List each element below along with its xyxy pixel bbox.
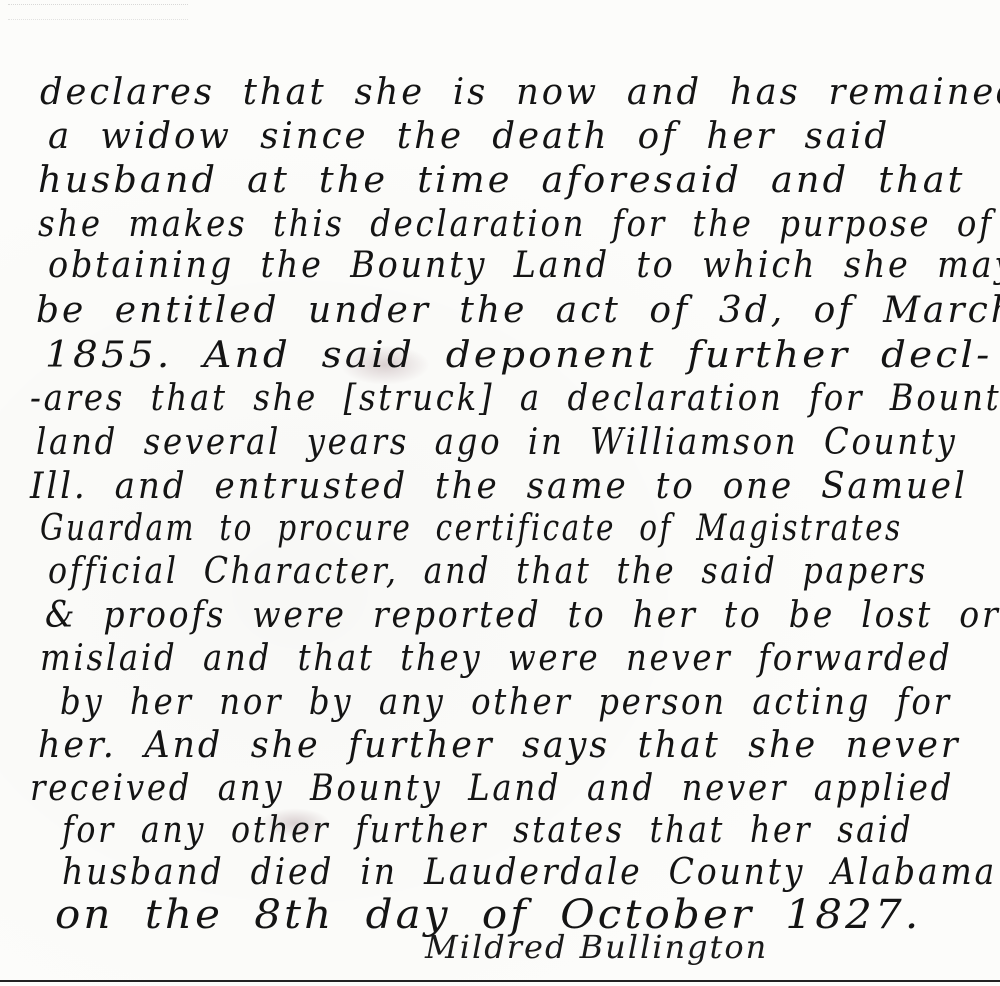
text-line-8: -ares that she [struck] a declaration fo… xyxy=(30,378,1000,419)
text-line-12: official Character, and that the said pa… xyxy=(48,551,928,592)
text-line-13: & proofs were reported to her to be lost… xyxy=(45,595,1000,636)
document-page: declares that she is now and has remaine… xyxy=(0,0,1000,986)
signature: Mildred Bullington xyxy=(425,928,768,966)
text-line-11: Guardam to procure certificate of Magist… xyxy=(40,508,903,549)
text-line-1: declares that she is now and has remaine… xyxy=(40,72,1000,113)
text-line-4: she makes this declaration for the purpo… xyxy=(38,204,994,245)
text-line-5: obtaining the Bounty Land to which she m… xyxy=(48,245,1000,286)
scan-artifact xyxy=(8,4,188,20)
text-line-3: husband at the time aforesaid and that xyxy=(38,160,965,201)
text-line-18: for any other further states that her sa… xyxy=(62,810,913,851)
text-line-14: mislaid and that they were never forward… xyxy=(40,638,953,679)
text-line-15: by her nor by any other person acting fo… xyxy=(60,682,952,723)
text-line-10: Ill. and entrusted the same to one Samue… xyxy=(30,466,968,507)
text-line-2: a widow since the death of her said xyxy=(48,116,890,157)
text-line-6: be entitled under the act of 3d, of Marc… xyxy=(36,290,1000,331)
text-line-7: 1855. And said deponent further decl- xyxy=(45,335,992,376)
bottom-rule xyxy=(0,980,1000,982)
text-line-19: husband died in Lauderdale County Alabam… xyxy=(62,852,997,893)
text-line-16: her. And she further says that she never xyxy=(38,725,960,766)
text-line-17: received any Bounty Land and never appli… xyxy=(30,768,954,809)
text-line-9: land several years ago in Williamson Cou… xyxy=(36,422,958,463)
